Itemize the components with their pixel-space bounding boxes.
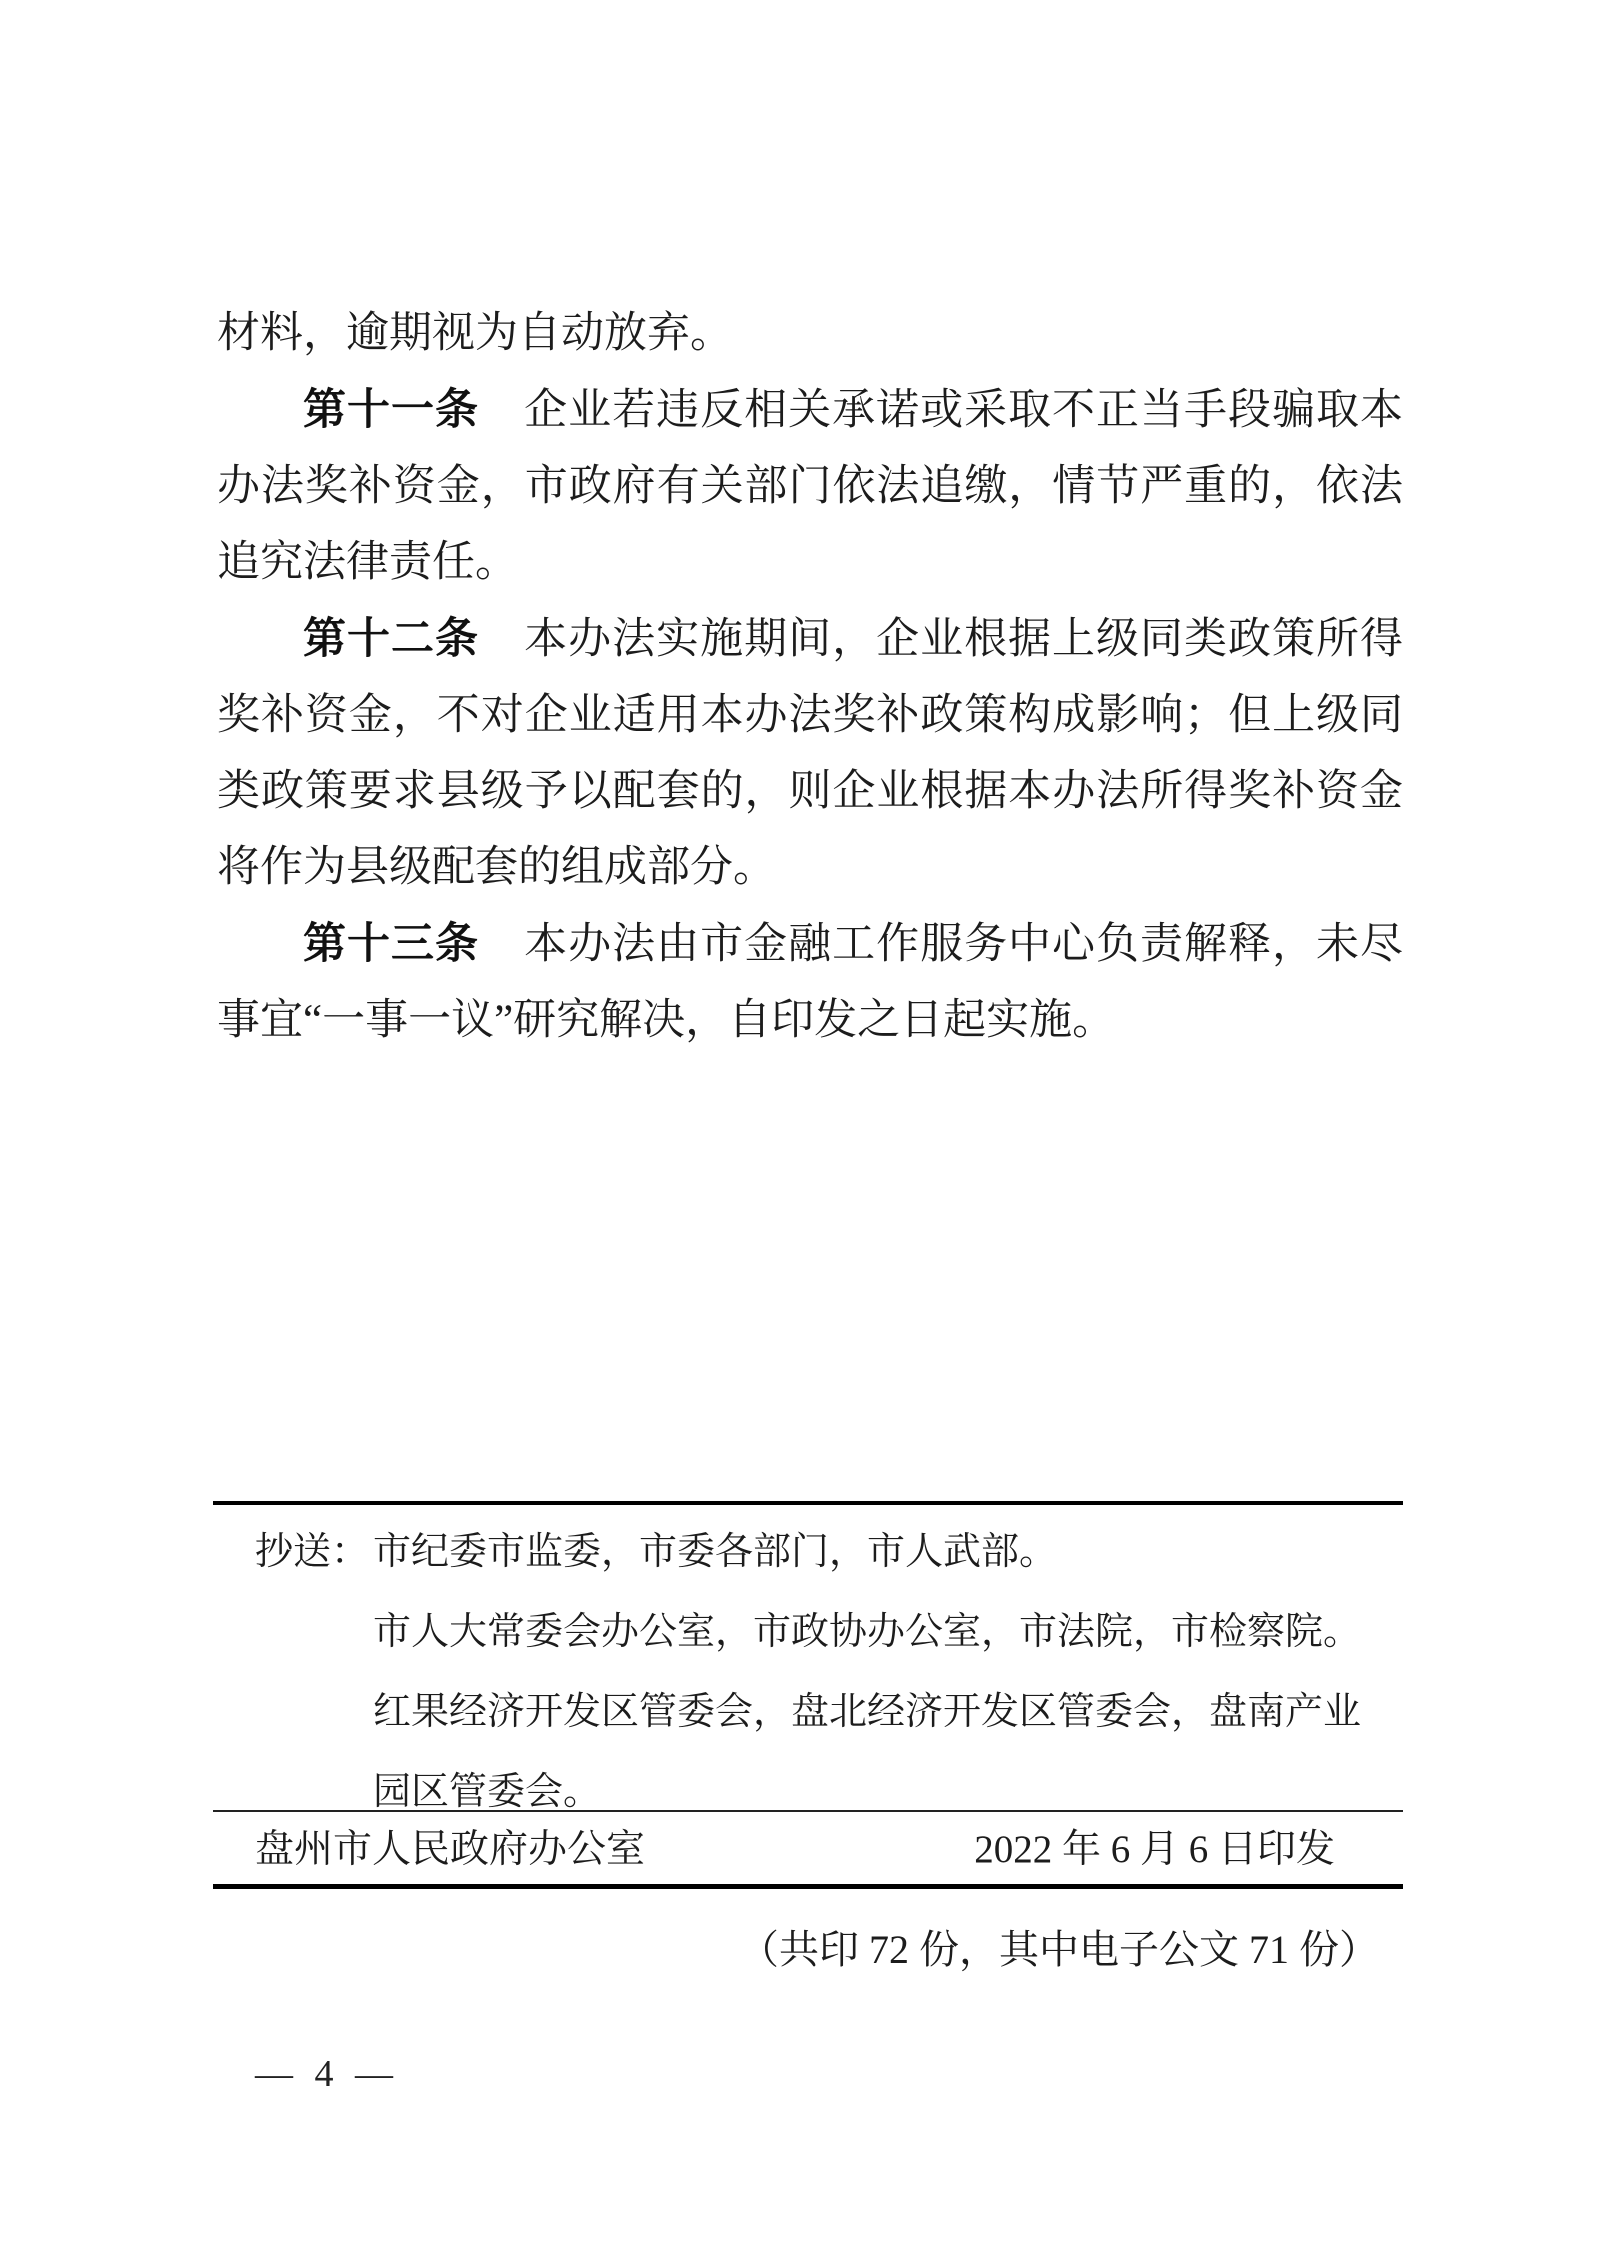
article-11: 第十一条企业若违反相关承诺或采取不正当手段骗取本办法奖补资金，市政府有关部门依法…	[217, 372, 1403, 601]
article-11-label: 第十一条	[303, 386, 479, 434]
document-body: 材料，逾期视为自动放弃。 第十一条企业若违反相关承诺或采取不正当手段骗取本办法奖…	[217, 296, 1403, 1059]
article-12: 第十二条本办法实施期间，企业根据上级同类政策所得奖补资金，不对企业适用本办法奖补…	[217, 601, 1403, 906]
copy-to-line-3: 红果经济开发区管委会，盘北经济开发区管委会，盘南产业	[373, 1672, 1405, 1752]
article-12-label: 第十二条	[303, 615, 479, 663]
paragraph-continuation: 材料，逾期视为自动放弃。	[217, 296, 1403, 372]
print-count: （共印 72 份，其中电子公文 71 份）	[255, 1924, 1379, 1976]
page-number: — 4 —	[255, 2050, 399, 2098]
copy-to-label: 抄送：	[255, 1512, 369, 1592]
copy-to-lines: 市纪委市监委，市委各部门，市人武部。 市人大常委会办公室，市政协办公室，市法院，…	[373, 1512, 1405, 1832]
issuing-office: 盘州市人民政府办公室	[255, 1824, 645, 1876]
issuer-row-bottom-rule	[213, 1884, 1403, 1889]
copy-to-line-2: 市人大常委会办公室，市政协办公室，市法院，市检察院。	[373, 1592, 1405, 1672]
article-13-label: 第十三条	[303, 920, 479, 968]
document-page: 材料，逾期视为自动放弃。 第十一条企业若违反相关承诺或采取不正当手段骗取本办法奖…	[0, 0, 1600, 2262]
article-13: 第十三条本办法由市金融工作服务中心负责解释，未尽事宜“一事一议”研究解决，自印发…	[217, 906, 1403, 1059]
copy-to-section: 抄送： 市纪委市监委，市委各部门，市人武部。 市人大常委会办公室，市政协办公室，…	[255, 1512, 1405, 1832]
print-date: 2022 年 6 月 6 日印发	[974, 1824, 1335, 1876]
copy-to-line-1: 市纪委市监委，市委各部门，市人武部。	[373, 1512, 1405, 1592]
copy-to-line-4: 园区管委会。	[373, 1752, 1405, 1832]
copy-section-top-rule	[213, 1501, 1403, 1505]
issuer-row-top-rule	[213, 1810, 1403, 1812]
issuer-row: 盘州市人民政府办公室 2022 年 6 月 6 日印发	[255, 1824, 1403, 1876]
